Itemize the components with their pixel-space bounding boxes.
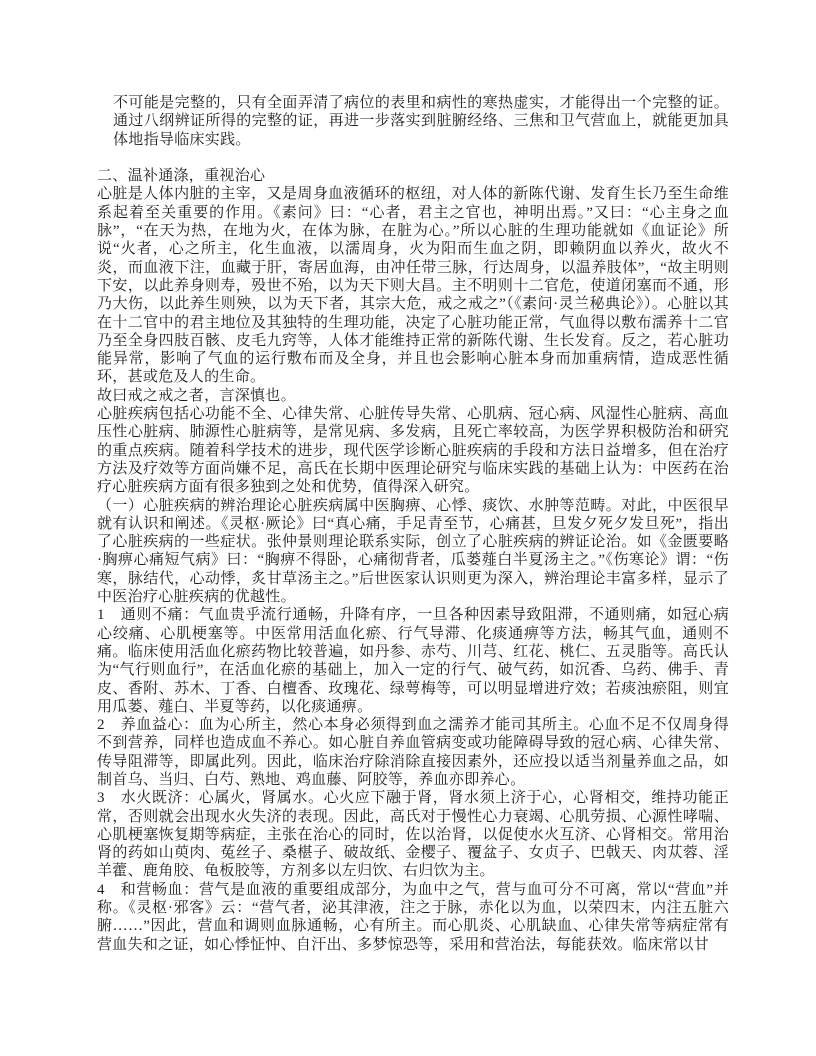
paragraph-heart-diseases: 心脏疾病包括心功能不全、心律失常、心脏传导失常、心肌病、冠心病、风湿性心脏病、高…: [97, 405, 729, 496]
continuation-paragraph: 不可能是完整的，只有全面弄清了病位的表里和病性的寒热虚实，才能得出一个完整的证。…: [113, 94, 729, 149]
paragraph-differentiation-theory: （一）心脏疾病的辨治理论心脏疾病属中医胸痹、心悸、痰饮、水肿等范畴。对此，中医很…: [97, 497, 729, 607]
paragraph-heart-function: 心脏是人体内脏的主宰，又是周身血液循环的枢纽，对人体的新陈代谢、发育生长乃至生命…: [97, 185, 729, 386]
section-heading: 二、温补通涤，重视治心: [97, 167, 729, 185]
paragraph-principle-4-heying-changxue: 4 和营畅血：营气是血液的重要组成部分，为血中之气，营与血可分不可离，常以“营血…: [97, 881, 729, 954]
paragraph-principle-2-yangxue-yixin: 2 养血益心：血为心所主，然心本身必须得到血之濡养才能司其所主。心血不足不仅周身…: [97, 716, 729, 789]
paragraph-principle-1-tongze-butong: 1 通则不痛：气血贵乎流行通畅，升降有序，一旦各种因素导致阻滞，不通则痛，如冠心…: [97, 606, 729, 716]
document-page: 不可能是完整的，只有全面弄清了病位的表里和病性的寒热虚实，才能得出一个完整的证。…: [0, 0, 816, 1056]
blank-line: [97, 149, 729, 167]
paragraph-principle-3-shuihuo-jiji: 3 水火既济：心属火，肾属水。心火应下融于肾，肾水须上济于心，心肾相交，维持功能…: [97, 789, 729, 880]
paragraph-caution: 故曰戒之戒之者，言深慎也。: [97, 387, 729, 405]
